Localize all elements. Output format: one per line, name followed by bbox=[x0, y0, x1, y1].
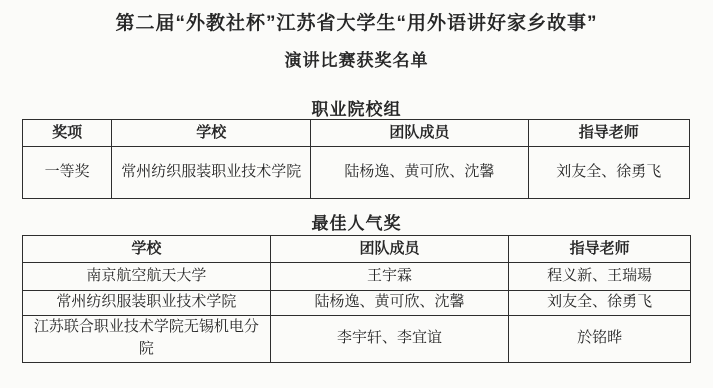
table-row: 常州纺织服装职业技术学院 陆杨逸、黄可欣、沈馨 刘友全、徐勇飞 bbox=[23, 291, 691, 316]
table-header-row: 学校 团队成员 指导老师 bbox=[23, 236, 691, 263]
cell-school: 南京航空航天大学 bbox=[23, 263, 271, 291]
table-row: 一等奖 常州纺织服装职业技术学院 陆杨逸、黄可欣、沈馨 刘友全、徐勇飞 bbox=[23, 147, 690, 199]
document-title-line1: 第二届“外教社杯”江苏省大学生“用外语讲好家乡故事” bbox=[0, 8, 713, 35]
cell-school: 常州纺织服装职业技术学院 bbox=[23, 291, 271, 316]
cell-team-members: 陆杨逸、黄可欣、沈馨 bbox=[311, 147, 528, 199]
column-header-school: 学校 bbox=[112, 120, 311, 147]
table-row: 南京航空航天大学 王宇霖 程义新、王瑞瑒 bbox=[23, 263, 691, 291]
column-header-advisors: 指导老师 bbox=[528, 120, 689, 147]
column-header-school: 学校 bbox=[23, 236, 271, 263]
cell-advisors: 刘友全、徐勇飞 bbox=[528, 147, 689, 199]
section-heading-vocational-group: 职业院校组 bbox=[0, 95, 713, 120]
cell-advisors: 於铭晔 bbox=[509, 316, 691, 363]
cell-team-members: 王宇霖 bbox=[270, 263, 508, 291]
column-header-award: 奖项 bbox=[23, 120, 112, 147]
cell-school: 江苏联合职业技术学院无锡机电分院 bbox=[23, 316, 271, 363]
cell-advisors: 程义新、王瑞瑒 bbox=[509, 263, 691, 291]
popularity-award-table: 学校 团队成员 指导老师 南京航空航天大学 王宇霖 程义新、王瑞瑒 常州纺织服装… bbox=[22, 235, 691, 363]
column-header-team-members: 团队成员 bbox=[270, 236, 508, 263]
table-row: 江苏联合职业技术学院无锡机电分院 李宇轩、李宜谊 於铭晔 bbox=[23, 316, 691, 363]
column-header-team-members: 团队成员 bbox=[311, 120, 528, 147]
cell-advisors: 刘友全、徐勇飞 bbox=[509, 291, 691, 316]
table-header-row: 奖项 学校 团队成员 指导老师 bbox=[23, 120, 690, 147]
vocational-group-table: 奖项 学校 团队成员 指导老师 一等奖 常州纺织服装职业技术学院 陆杨逸、黄可欣… bbox=[22, 119, 690, 199]
column-header-advisors: 指导老师 bbox=[509, 236, 691, 263]
cell-team-members: 陆杨逸、黄可欣、沈馨 bbox=[270, 291, 508, 316]
document-title-line2: 演讲比赛获奖名单 bbox=[0, 46, 713, 71]
section-heading-popularity-award: 最佳人气奖 bbox=[0, 209, 713, 234]
cell-award: 一等奖 bbox=[23, 147, 112, 199]
cell-school: 常州纺织服装职业技术学院 bbox=[112, 147, 311, 199]
cell-team-members: 李宇轩、李宜谊 bbox=[270, 316, 508, 363]
